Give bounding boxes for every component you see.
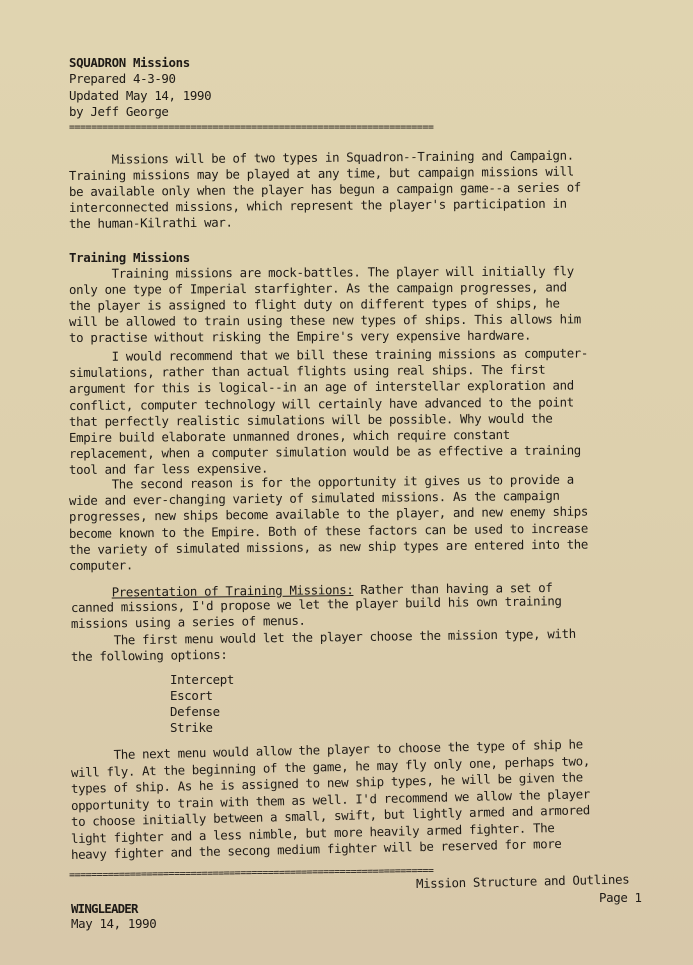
text-line: replacement, when a computer simulation … <box>69 443 581 463</box>
footer-page-number: Page 1 <box>599 890 642 906</box>
text-line: the human-Kilrathi war. <box>69 215 233 232</box>
text-line: computer. <box>69 557 133 574</box>
author: by Jeff George <box>69 104 169 120</box>
mission-type-option: Strike <box>170 720 213 736</box>
mission-type-option: Defense <box>170 704 220 720</box>
header-rule: ========================================… <box>69 123 645 133</box>
updated-date: Updated May 14, 1990 <box>69 88 211 104</box>
text-line: the following options: <box>71 647 228 665</box>
footer-date: May 14, 1990 <box>71 916 156 932</box>
text-line: interconnected missions, which represent… <box>69 196 567 216</box>
footer-company: WINGLEADER <box>71 901 138 917</box>
mission-type-option: Intercept <box>170 672 234 688</box>
training-heading: Training Missions <box>69 250 190 266</box>
footer-section: Mission Structure and Outlines <box>416 872 630 892</box>
document-title: SQUADRON Missions <box>69 55 190 71</box>
text-line: to practise without risking the Empire's… <box>69 328 531 346</box>
document-page: SQUADRON Missions Prepared 4-3-90 Update… <box>0 0 693 965</box>
prepared-date: Prepared 4-3-90 <box>69 71 176 87</box>
mission-type-option: Escort <box>170 688 213 704</box>
